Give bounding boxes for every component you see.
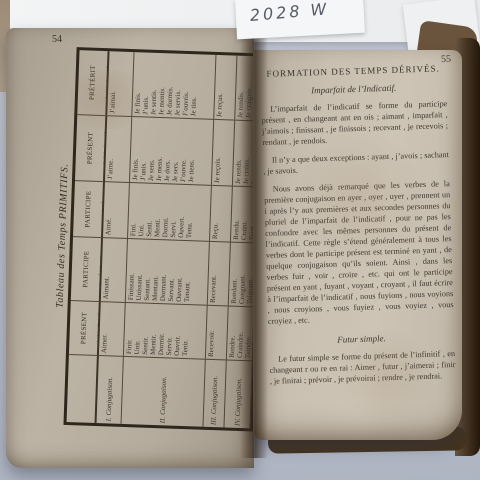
paragraph-futur-rule: Le futur simple se forme du présent de l… (269, 348, 456, 387)
section-futur-heading: Futur simple. (268, 331, 454, 347)
row2-participe-present: Finissant. Unissant. Sentant. Mentant. D… (126, 238, 210, 305)
row2-label: II. Conjugaison. (122, 356, 206, 427)
row2-preterit: Je finis. J’unis. Je sentis. Je mentis. … (132, 52, 216, 119)
row1-present: J’aime. (105, 115, 132, 182)
row3-infinitif: Recevoir. (206, 305, 229, 360)
book-photo-scene: 54 Tableau des Temps PRIMITIFS. PRÉSENT … (0, 0, 480, 480)
row1-label: I. Conjugaison. (97, 355, 124, 424)
paragraph-exceptions: Il n’y a que deux exceptions : ayant , j… (263, 149, 450, 177)
temps-primitifs-table: PRÉSENT de l’Infinitif. PARTICIPE PRÉSEN… (63, 47, 266, 431)
table-corner-cell (67, 354, 99, 423)
header-infinitif: PRÉSENT de l’Infinitif. (69, 300, 101, 355)
paragraph-imparfait-rule: L’imparfait de l’indicatif se forme du p… (261, 98, 448, 148)
row3-preterit: Je reçus. (214, 55, 237, 120)
chapter-title: FORMATION DES TEMPS DÉRIVÉS. (260, 63, 446, 79)
row2-present: Je finis. J’unis. Je sens. Je mens. Je d… (130, 116, 214, 185)
left-page: 54 Tableau des Temps PRIMITIFS. PRÉSENT … (6, 28, 254, 468)
header-participe-passe: PARTICIPE PASSÉ. (73, 180, 105, 237)
header-present-indicatif: PRÉSENT de l’Indicatif. (75, 114, 107, 181)
right-page: 55 FORMATION DES TEMPS DÉRIVÉS. Imparfai… (253, 50, 462, 440)
row3-participe-present: Recevant. (208, 241, 231, 306)
rotated-table-container: Tableau des Temps PRIMITIFS. PRÉSENT de … (50, 47, 263, 432)
header-preterit-indicatif: PRÉTÉRIT de l’Indicatif. (77, 50, 109, 115)
gutter-shadow (240, 34, 268, 458)
row3-participe-passe: Reçu. (210, 185, 233, 242)
row1-preterit: J’aimai. (107, 51, 134, 116)
row3-label: III. Conjugaison. (203, 359, 226, 428)
page-number-54: 54 (52, 34, 62, 45)
row1-participe-present: Aimant. (101, 237, 128, 302)
row2-participe-passe: Fini. Uni. Senti. Menti. Dormi. Servi. O… (128, 182, 212, 241)
section-imparfait-heading: Imparfait de l’Indicatif. (261, 81, 447, 97)
paragraph-ayer-oyer-uyer: Nous avons déjà remarqué que les verbes … (264, 178, 454, 327)
row1-participe-passe: Aimé. (103, 181, 130, 238)
handwritten-label: 2028 W (249, 0, 330, 25)
right-page-text-block: FORMATION DES TEMPS DÉRIVÉS. Imparfait d… (260, 63, 456, 387)
header-participe-present: PARTICIPE PRÉSENT. (71, 236, 103, 301)
row1-infinitif: Aimer. (99, 301, 126, 356)
row3-present: Je reçois. (212, 119, 235, 186)
inventory-slip: 2028 W (235, 0, 365, 39)
row2-infinitif: Finir. Unir. Sentir. Mentir. Dormir. Ser… (124, 302, 208, 359)
